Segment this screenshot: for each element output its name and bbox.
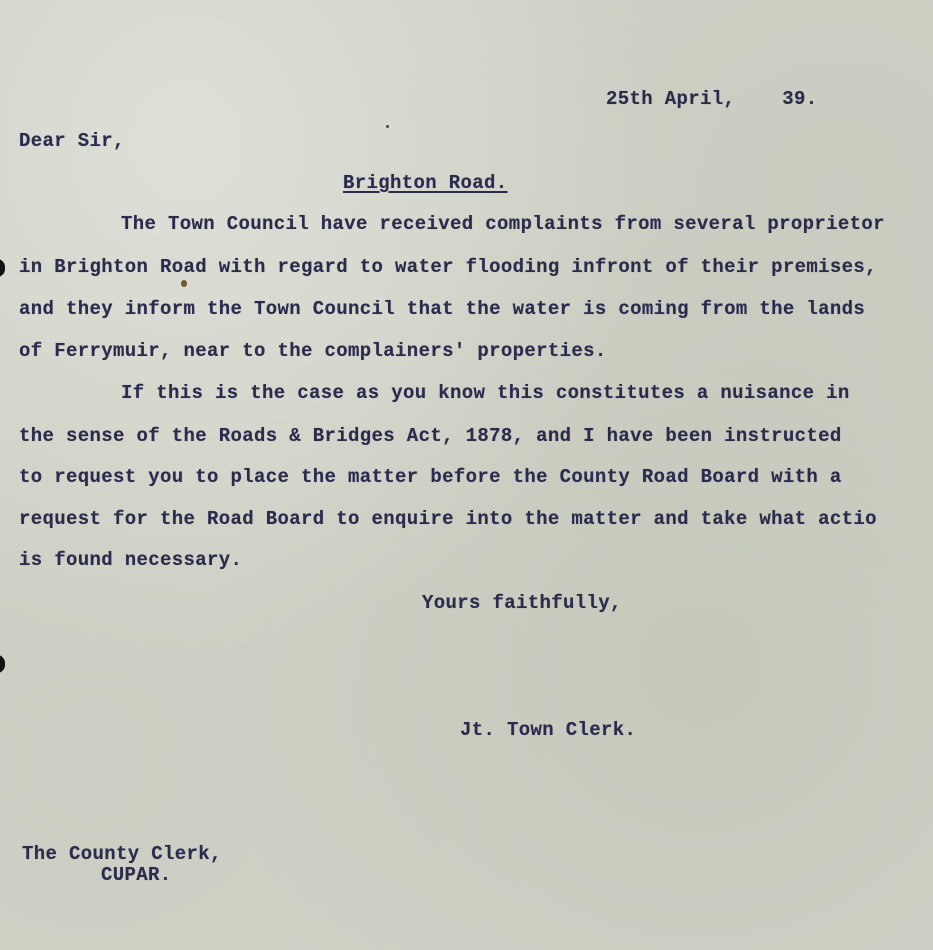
punch-hole-bottom — [0, 655, 5, 673]
body-line: of Ferrymuir, near to the complainers' p… — [19, 340, 607, 362]
body-line: the sense of the Roads & Bridges Act, 18… — [19, 425, 842, 447]
typewritten-letter: 25th April, 39. Dear Sir, Brighton Road.… — [0, 0, 933, 950]
letter-date: 25th April, 39. — [606, 88, 818, 110]
closing: Yours faithfully, — [422, 592, 622, 614]
salutation: Dear Sir, — [19, 130, 125, 152]
body-line: The Town Council have received complaint… — [121, 213, 885, 235]
body-line: request for the Road Board to enquire in… — [19, 508, 877, 530]
recipient-town: CUPAR. — [101, 864, 172, 886]
body-line: in Brighton Road with regard to water fl… — [19, 256, 877, 278]
punch-hole-top — [0, 259, 5, 277]
subject-heading: Brighton Road. — [343, 172, 508, 194]
body-line: to request you to place the matter befor… — [19, 466, 842, 488]
signature: Jt. Town Clerk. — [460, 719, 636, 741]
paper-speck — [386, 125, 389, 128]
body-line: If this is the case as you know this con… — [121, 382, 850, 404]
body-line: is found necessary. — [19, 549, 242, 571]
recipient-name: The County Clerk, — [22, 843, 222, 865]
body-line: and they inform the Town Council that th… — [19, 298, 865, 320]
paper-stain — [181, 280, 187, 287]
